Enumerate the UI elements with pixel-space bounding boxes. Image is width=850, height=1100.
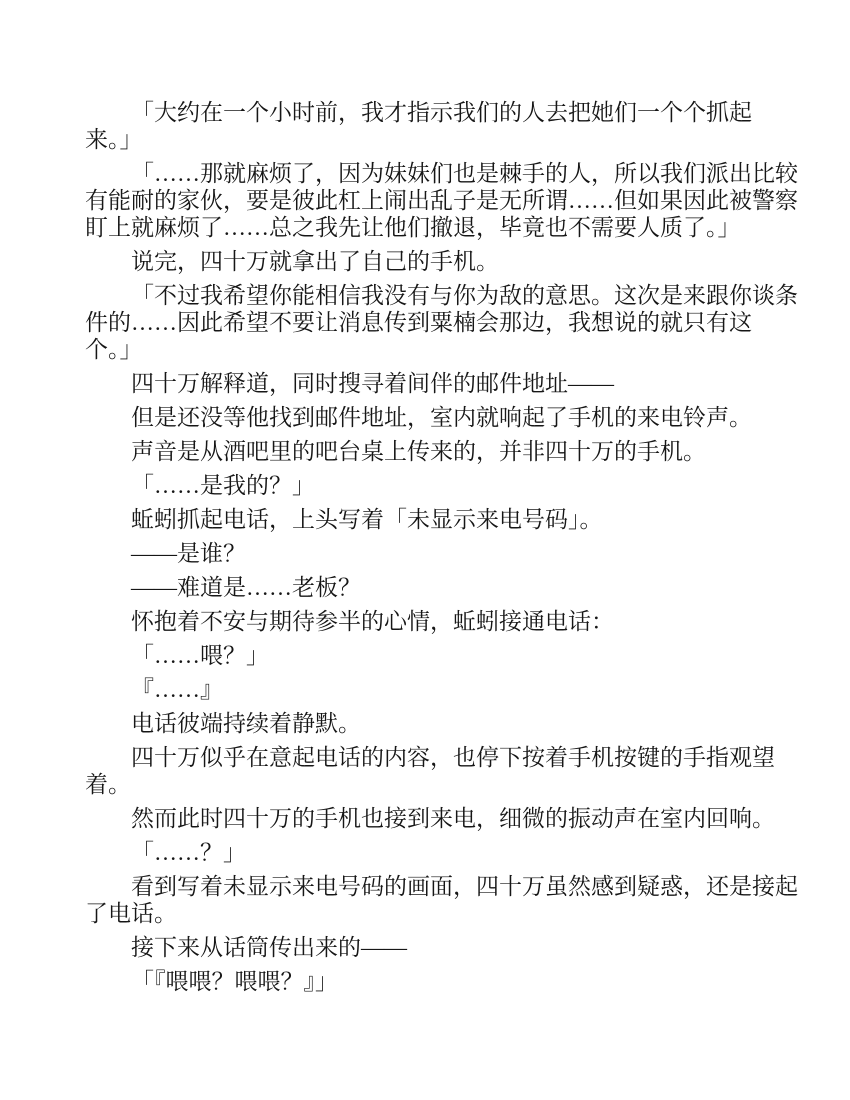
- paragraph: 四十万似乎在意起电话的内容，也停下按着手机按键的手指观望 着。: [85, 744, 765, 798]
- paragraph: 看到写着未显示来电号码的画面，四十万虽然感到疑惑，还是接起 了电话。: [85, 873, 765, 927]
- text-line: 四十万似乎在意起电话的内容，也停下按着手机按键的手指观望: [85, 744, 765, 771]
- paragraph: 蚯蚓抓起电话，上头写着「未显示来电号码」。: [85, 506, 765, 533]
- paragraph: 「……是我的？」: [85, 472, 765, 499]
- text-line: 说完，四十万就拿出了自己的手机。: [85, 248, 765, 275]
- novel-page: 「大约在一个小时前，我才指示我们的人去把她们一个个抓起 来。」 「……那就麻烦了…: [0, 0, 850, 1100]
- text-line: 「……那就麻烦了，因为妹妹们也是棘手的人，所以我们派出比较: [85, 160, 765, 187]
- text-line: 了电话。: [85, 900, 765, 927]
- paragraph: 然而此时四十万的手机也接到来电，细微的振动声在室内回响。: [85, 805, 765, 832]
- text-line: 「『喂喂？喂喂？』」: [85, 968, 765, 995]
- text-line: ——是谁？: [85, 540, 765, 567]
- paragraph: 「不过我希望你能相信我没有与你为敌的意思。这次是来跟你谈条 件的……因此希望不要…: [85, 282, 765, 363]
- text-line: 有能耐的家伙，要是彼此杠上闹出乱子是无所谓……但如果因此被警察: [85, 187, 765, 214]
- text-line: 但是还没等他找到邮件地址，室内就响起了手机的来电铃声。: [85, 404, 765, 431]
- text-line: 声音是从酒吧里的吧台桌上传来的，并非四十万的手机。: [85, 438, 765, 465]
- paragraph: 「……喂？」: [85, 642, 765, 669]
- paragraph: ——是谁？: [85, 540, 765, 567]
- paragraph: 『……』: [85, 676, 765, 703]
- text-line: 来。」: [85, 126, 765, 153]
- text-line: 接下来从话筒传出来的——: [85, 934, 765, 961]
- paragraph: 声音是从酒吧里的吧台桌上传来的，并非四十万的手机。: [85, 438, 765, 465]
- paragraph: ——难道是……老板？: [85, 574, 765, 601]
- text-line: 看到写着未显示来电号码的画面，四十万虽然感到疑惑，还是接起: [85, 873, 765, 900]
- text-line: 四十万解释道，同时搜寻着间伴的邮件地址——: [85, 370, 765, 397]
- text-line: 件的……因此希望不要让消息传到粟楠会那边，我想说的就只有这: [85, 309, 765, 336]
- paragraph: 说完，四十万就拿出了自己的手机。: [85, 248, 765, 275]
- paragraph: 但是还没等他找到邮件地址，室内就响起了手机的来电铃声。: [85, 404, 765, 431]
- paragraph: 电话彼端持续着静默。: [85, 710, 765, 737]
- text-line: 「……喂？」: [85, 642, 765, 669]
- text-line: 「……是我的？」: [85, 472, 765, 499]
- paragraph: 接下来从话筒传出来的——: [85, 934, 765, 961]
- paragraph: 「……那就麻烦了，因为妹妹们也是棘手的人，所以我们派出比较 有能耐的家伙，要是彼…: [85, 160, 765, 241]
- text-line: 「……？」: [85, 839, 765, 866]
- text-line: 『……』: [85, 676, 765, 703]
- text-line: 个。」: [85, 336, 765, 363]
- paragraph: 怀抱着不安与期待参半的心情，蚯蚓接通电话：: [85, 608, 765, 635]
- text-line: 「大约在一个小时前，我才指示我们的人去把她们一个个抓起: [85, 99, 765, 126]
- paragraph: 「大约在一个小时前，我才指示我们的人去把她们一个个抓起 来。」: [85, 99, 765, 153]
- text-line: 「不过我希望你能相信我没有与你为敌的意思。这次是来跟你谈条: [85, 282, 765, 309]
- text-line: 然而此时四十万的手机也接到来电，细微的振动声在室内回响。: [85, 805, 765, 832]
- paragraph: 「『喂喂？喂喂？』」: [85, 968, 765, 995]
- text-line: 蚯蚓抓起电话，上头写着「未显示来电号码」。: [85, 506, 765, 533]
- text-line: 盯上就麻烦了……总之我先让他们撤退，毕竟也不需要人质了。」: [85, 214, 765, 241]
- paragraph: 四十万解释道，同时搜寻着间伴的邮件地址——: [85, 370, 765, 397]
- text-line: 电话彼端持续着静默。: [85, 710, 765, 737]
- paragraph: 「……？」: [85, 839, 765, 866]
- text-line: 着。: [85, 771, 765, 798]
- text-line: ——难道是……老板？: [85, 574, 765, 601]
- text-line: 怀抱着不安与期待参半的心情，蚯蚓接通电话：: [85, 608, 765, 635]
